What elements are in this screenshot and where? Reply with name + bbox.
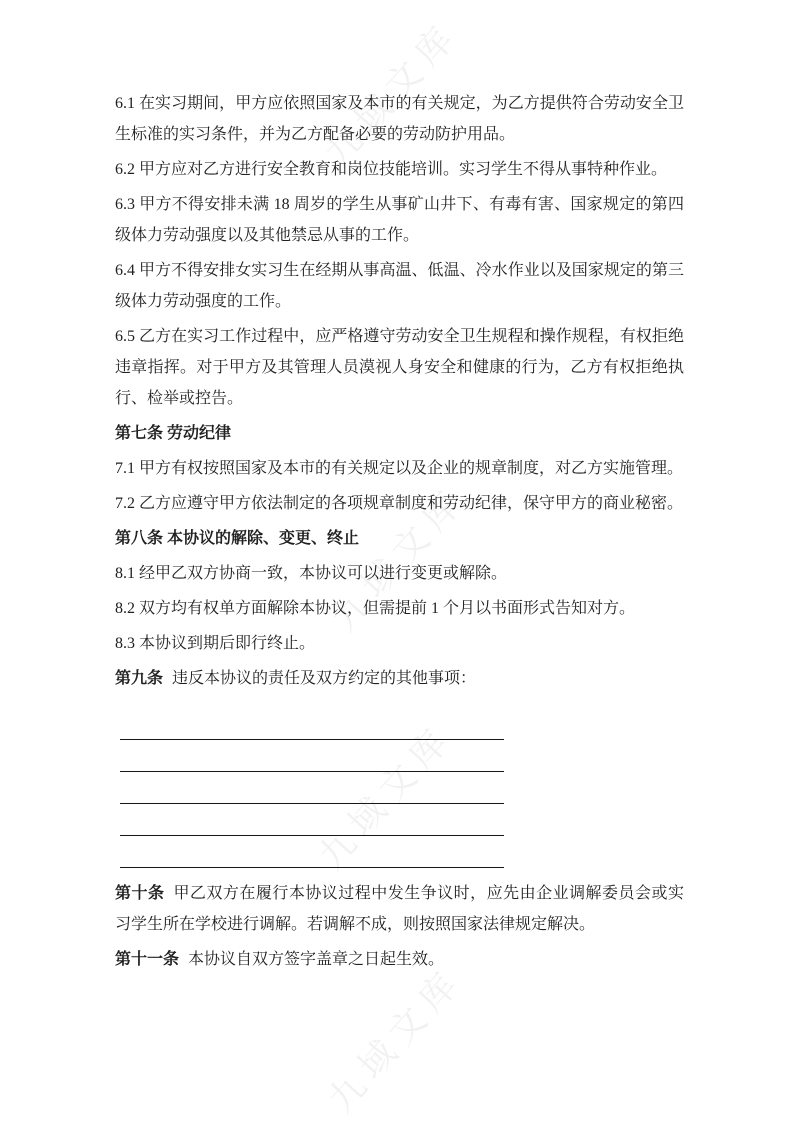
article-9-text: 违反本协议的责任及双方约定的其他事项： bbox=[172, 670, 476, 687]
article-9-label: 第九条 bbox=[115, 670, 163, 687]
clause-8-3: 8.3 本协议到期后即行终止。 bbox=[115, 628, 684, 659]
fill-in-line bbox=[120, 708, 504, 740]
article-11-label: 第十一条 bbox=[115, 951, 179, 968]
article-11-text: 本协议自双方签字盖章之日起生效。 bbox=[188, 951, 444, 968]
fill-in-line bbox=[120, 804, 504, 836]
article-10-text: 甲乙双方在履行本协议过程中发生争议时，应先由企业调解委员会或实习学生所在学校进行… bbox=[115, 885, 684, 933]
heading-article-8: 第八条 本协议的解除、变更、终止 bbox=[115, 523, 684, 554]
clause-8-2: 8.2 双方均有权单方面解除本协议，但需提前 1 个月以书面形式告知对方。 bbox=[115, 593, 684, 624]
article-10-label: 第十条 bbox=[115, 885, 164, 902]
clause-7-2: 7.2 乙方应遵守甲方依法制定的各项规章制度和劳动纪律，保守甲方的商业秘密。 bbox=[115, 488, 684, 519]
article-11: 第十一条本协议自双方签字盖章之日起生效。 bbox=[115, 944, 684, 975]
document-page: 九域文库 九域文库 九域文库 九域文库 6.1 在实习期间，甲方应依照国家及本市… bbox=[0, 0, 793, 1122]
clause-6-4: 6.4 甲方不得安排女实习生在经期从事高温、低温、冷水作业以及国家规定的第三级体… bbox=[115, 255, 684, 317]
fill-in-line bbox=[120, 740, 504, 772]
clause-6-3: 6.3 甲方不得安排未满 18 周岁的学生从事矿山井下、有毒有害、国家规定的第四… bbox=[115, 189, 684, 251]
article-10: 第十条甲乙双方在履行本协议过程中发生争议时，应先由企业调解委员会或实习学生所在学… bbox=[115, 878, 684, 940]
clause-6-2: 6.2 甲方应对乙方进行安全教育和岗位技能培训。实习学生不得从事特种作业。 bbox=[115, 154, 684, 185]
clause-6-1: 6.1 在实习期间，甲方应依照国家及本市的有关规定，为乙方提供符合劳动安全卫生标… bbox=[115, 88, 684, 150]
clause-6-5: 6.5 乙方在实习工作过程中，应严格遵守劳动安全卫生规程和操作规程，有权拒绝违章… bbox=[115, 321, 684, 414]
document-content: 6.1 在实习期间，甲方应依照国家及本市的有关规定，为乙方提供符合劳动安全卫生标… bbox=[115, 88, 684, 979]
watermark-text: 九域文库 bbox=[315, 954, 473, 1122]
fill-in-line bbox=[120, 836, 504, 868]
fill-in-blank-lines bbox=[115, 708, 684, 868]
clause-8-1: 8.1 经甲乙双方协商一致，本协议可以进行变更或解除。 bbox=[115, 558, 684, 589]
heading-article-7: 第七条 劳动纪律 bbox=[115, 418, 684, 449]
article-9: 第九条违反本协议的责任及双方约定的其他事项： bbox=[115, 663, 684, 694]
clause-7-1: 7.1 甲方有权按照国家及本市的有关规定以及企业的规章制度，对乙方实施管理。 bbox=[115, 453, 684, 484]
fill-in-line bbox=[120, 772, 504, 804]
